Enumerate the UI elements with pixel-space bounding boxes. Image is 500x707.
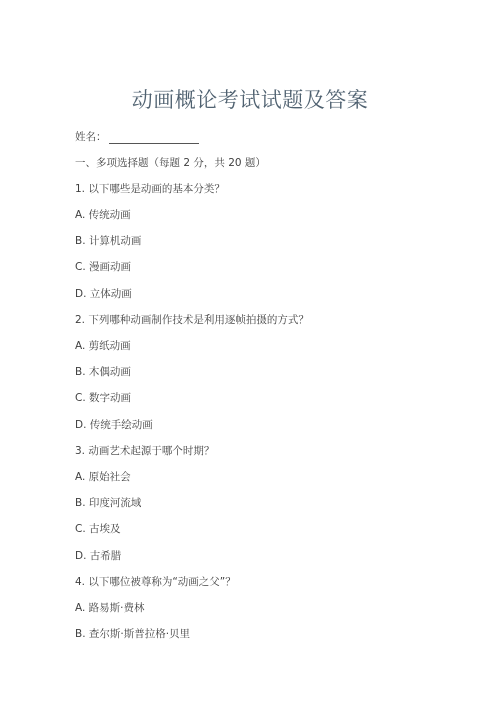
question-3: 3. 动画艺术起源于哪个时期？ [75, 444, 214, 458]
question-2-option-d: D. 传统手绘动画 [75, 418, 153, 432]
question-4: 4. 以下哪位被尊称为“动画之父”？ [75, 575, 236, 589]
name-field: 姓名： [75, 130, 199, 144]
question-1-option-c: C. 漫画动画 [75, 260, 131, 274]
question-2-option-c: C. 数字动画 [75, 391, 131, 405]
question-1-option-a: A. 传统动画 [75, 208, 131, 222]
question-1-option-b: B. 计算机动画 [75, 234, 141, 248]
document-title: 动画概论考试试题及答案 [0, 84, 500, 114]
question-3-option-c: C. 古埃及 [75, 522, 121, 536]
question-1: 1. 以下哪些是动画的基本分类？ [75, 182, 225, 196]
name-label: 姓名： [75, 130, 107, 144]
question-3-option-a: A. 原始社会 [75, 470, 131, 484]
question-2: 2. 下列哪种动画制作技术是利用逐帧拍摄的方式？ [75, 313, 309, 327]
question-2-option-b: B. 木偶动画 [75, 365, 131, 379]
question-2-option-a: A. 剪纸动画 [75, 339, 131, 353]
question-3-option-b: B. 印度河流域 [75, 496, 141, 510]
document-page: 动画概论考试试题及答案 姓名： 一、多项选择题（每题 2 分，共 20 题） 1… [0, 0, 500, 707]
question-4-option-b: B. 查尔斯·斯普拉格·贝里 [75, 627, 190, 641]
question-1-option-d: D. 立体动画 [75, 287, 132, 301]
question-3-option-d: D. 古希腊 [75, 549, 121, 563]
name-blank-line [109, 132, 199, 144]
question-4-option-a: A. 路易斯·费林 [75, 601, 145, 615]
section-heading: 一、多项选择题（每题 2 分，共 20 题） [75, 156, 266, 170]
